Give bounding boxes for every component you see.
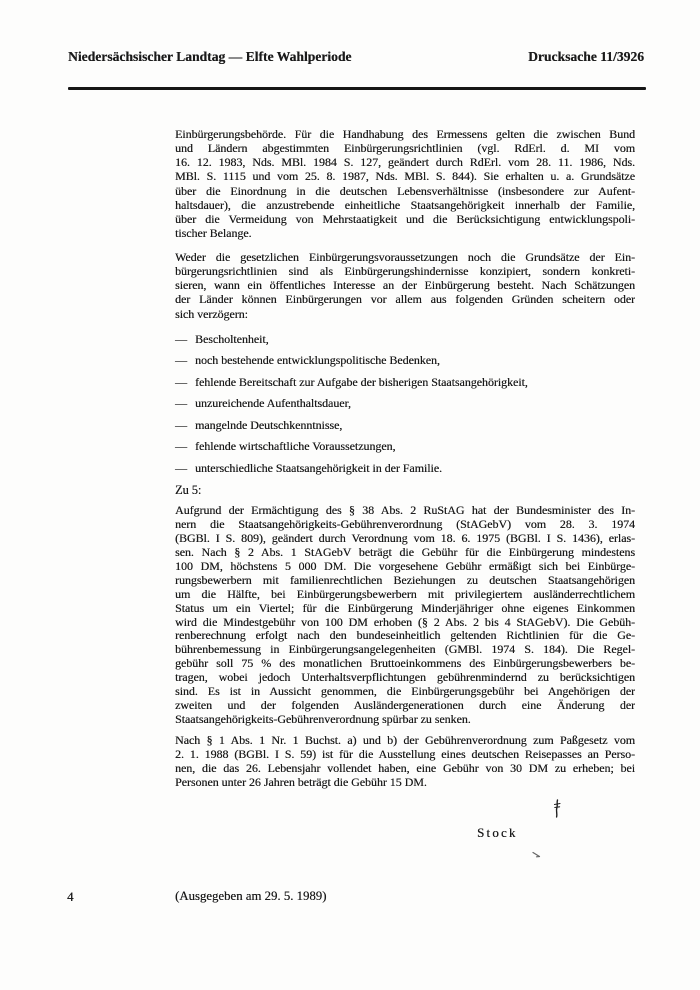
- paragraph-voraussetzungen: Weder die gesetzlichen Einbürgerungsvora…: [175, 250, 635, 321]
- dash-marker: —: [175, 418, 195, 432]
- text-line: und Ländern abgestimmten Einbürgerungsri…: [175, 141, 635, 155]
- ink-mark: [551, 799, 563, 824]
- text-line: sich verzögern:: [175, 307, 635, 321]
- text-line: zweiten und der folgenden Ausländergener…: [175, 699, 635, 713]
- text-line: bührenbemessung in Einbürgerungsangelege…: [175, 643, 635, 657]
- text-line: (BGBl. I S. 809), geändert durch Verordn…: [175, 532, 635, 546]
- section-heading-zu5: Zu 5:: [175, 483, 635, 497]
- list-item: —Bescholtenheit,: [175, 332, 635, 346]
- text-line: sind. Es ist in Aussicht genommen, die E…: [175, 685, 635, 699]
- text-line: Einbürgerungsbehörde. Für die Handhabung…: [175, 127, 635, 141]
- text-line: tragen, wobei jedoch Unterhaltsverpflich…: [175, 671, 635, 685]
- text-line: tischer Belange.: [175, 226, 635, 240]
- text-line: Weder die gesetzlichen Einbürgerungsvora…: [175, 250, 635, 264]
- dash-marker: —: [175, 396, 195, 410]
- text-line: Staatsangehörigkeits-Gebührenverordnung …: [175, 713, 635, 727]
- text-line: 100 DM, höchstens 5 000 DM. Die vorgeseh…: [175, 560, 635, 574]
- list-item: —mangelnde Deutschkenntnisse,: [175, 418, 635, 432]
- dash-marker: —: [175, 461, 195, 475]
- text-line: 2. 1. 1988 (BGBl. I S. 59) ist für die A…: [175, 747, 635, 761]
- list-item-text: Bescholtenheit,: [195, 332, 635, 346]
- text-line: Nach § 1 Abs. 1 Nr. 1 Buchst. a) und b) …: [175, 733, 635, 747]
- text-line: MBl. S. 1115 und vom 25. 8. 1987, Nds. M…: [175, 169, 635, 183]
- list-item: —unterschiedliche Staatsangehörigkeit in…: [175, 461, 635, 475]
- list-item: —noch bestehende entwicklungspolitische …: [175, 353, 635, 367]
- text-line: Status um ein Viertel; für die Einbürger…: [175, 602, 635, 616]
- list-item-text: fehlende Bereitschaft zur Aufgabe der bi…: [195, 375, 635, 389]
- text-line: der Länder können Einbürgerungen vor all…: [175, 292, 635, 306]
- issued-date-note: (Ausgegeben am 29. 5. 1989): [175, 889, 326, 904]
- text-line: wird die Mindestgebühr von 100 DM erhobe…: [175, 616, 635, 630]
- page-number: 4: [67, 889, 74, 904]
- text-line: Personen unter 26 Jahren beträgt die Geb…: [175, 775, 635, 789]
- dash-marker: —: [175, 439, 195, 453]
- text-line: sieren, wann ein öffentliches Interesse …: [175, 278, 635, 292]
- list-item-text: unterschiedliche Staatsangehörigkeit in …: [195, 461, 635, 475]
- dash-marker: —: [175, 375, 195, 389]
- text-line: nern die Staatsangehörigkeits-Gebührenve…: [175, 518, 635, 532]
- list-item-text: mangelnde Deutschkenntnisse,: [195, 418, 635, 432]
- text-line: über die Vermeidung von Mehrstaatigkeit …: [175, 212, 635, 226]
- text-line: renberechnung erfolgt nach den bundesein…: [175, 629, 635, 643]
- reasons-dash-list: —Bescholtenheit,—noch bestehende entwick…: [175, 332, 635, 482]
- text-line: bürgerungsrichtlinien sind als Einbürger…: [175, 264, 635, 278]
- list-item-text: noch bestehende entwicklungspolitische B…: [195, 353, 635, 367]
- ink-mark: [532, 846, 542, 864]
- document-page: Niedersächsischer Landtag — Elfte Wahlpe…: [0, 0, 700, 990]
- paragraph-einbuergerungsbehoerde: Einbürgerungsbehörde. Für die Handhabung…: [175, 127, 635, 240]
- dash-marker: —: [175, 332, 195, 346]
- text-line: sen. Nach § 2 Abs. 1 StAGebV beträgt die…: [175, 546, 635, 560]
- page-header: Niedersächsischer Landtag — Elfte Wahlpe…: [68, 49, 644, 64]
- dash-marker: —: [175, 353, 195, 367]
- list-item: —unzureichende Aufenthaltsdauer,: [175, 396, 635, 410]
- text-line: gebühr soll 75 % des monatlichen Bruttoe…: [175, 657, 635, 671]
- text-line: rungsbewerbern mit familienrechtlichen B…: [175, 574, 635, 588]
- header-left-title: Niedersächsischer Landtag — Elfte Wahlpe…: [68, 49, 351, 64]
- text-line: um die Hälfte, bei Einbürgerungsbewerber…: [175, 588, 635, 602]
- list-item: —fehlende wirtschaftliche Voraussetzunge…: [175, 439, 635, 453]
- list-item-text: unzureichende Aufenthaltsdauer,: [195, 396, 635, 410]
- header-divider-rule: [68, 87, 646, 90]
- list-item: —fehlende Bereitschaft zur Aufgabe der b…: [175, 375, 635, 389]
- list-item-text: fehlende wirtschaftliche Voraussetzungen…: [195, 439, 635, 453]
- text-line: haltsdauer), die anzustrebende einheitli…: [175, 198, 635, 212]
- paragraph-passgesetz: Nach § 1 Abs. 1 Nr. 1 Buchst. a) und b) …: [175, 733, 635, 789]
- text-line: Aufgrund der Ermächtigung des § 38 Abs. …: [175, 504, 635, 518]
- text-line: über die Einordnung in die deutschen Leb…: [175, 184, 635, 198]
- header-right-docnumber: Drucksache 11/3926: [528, 49, 644, 64]
- text-line: nen, die das 26. Lebensjahr vollendet ha…: [175, 761, 635, 775]
- signature-name: Stock: [477, 825, 518, 840]
- paragraph-gebuehrenverordnung: Aufgrund der Ermächtigung des § 38 Abs. …: [175, 504, 635, 727]
- text-line: 16. 12. 1983, Nds. MBl. 1984 S. 127, geä…: [175, 155, 635, 169]
